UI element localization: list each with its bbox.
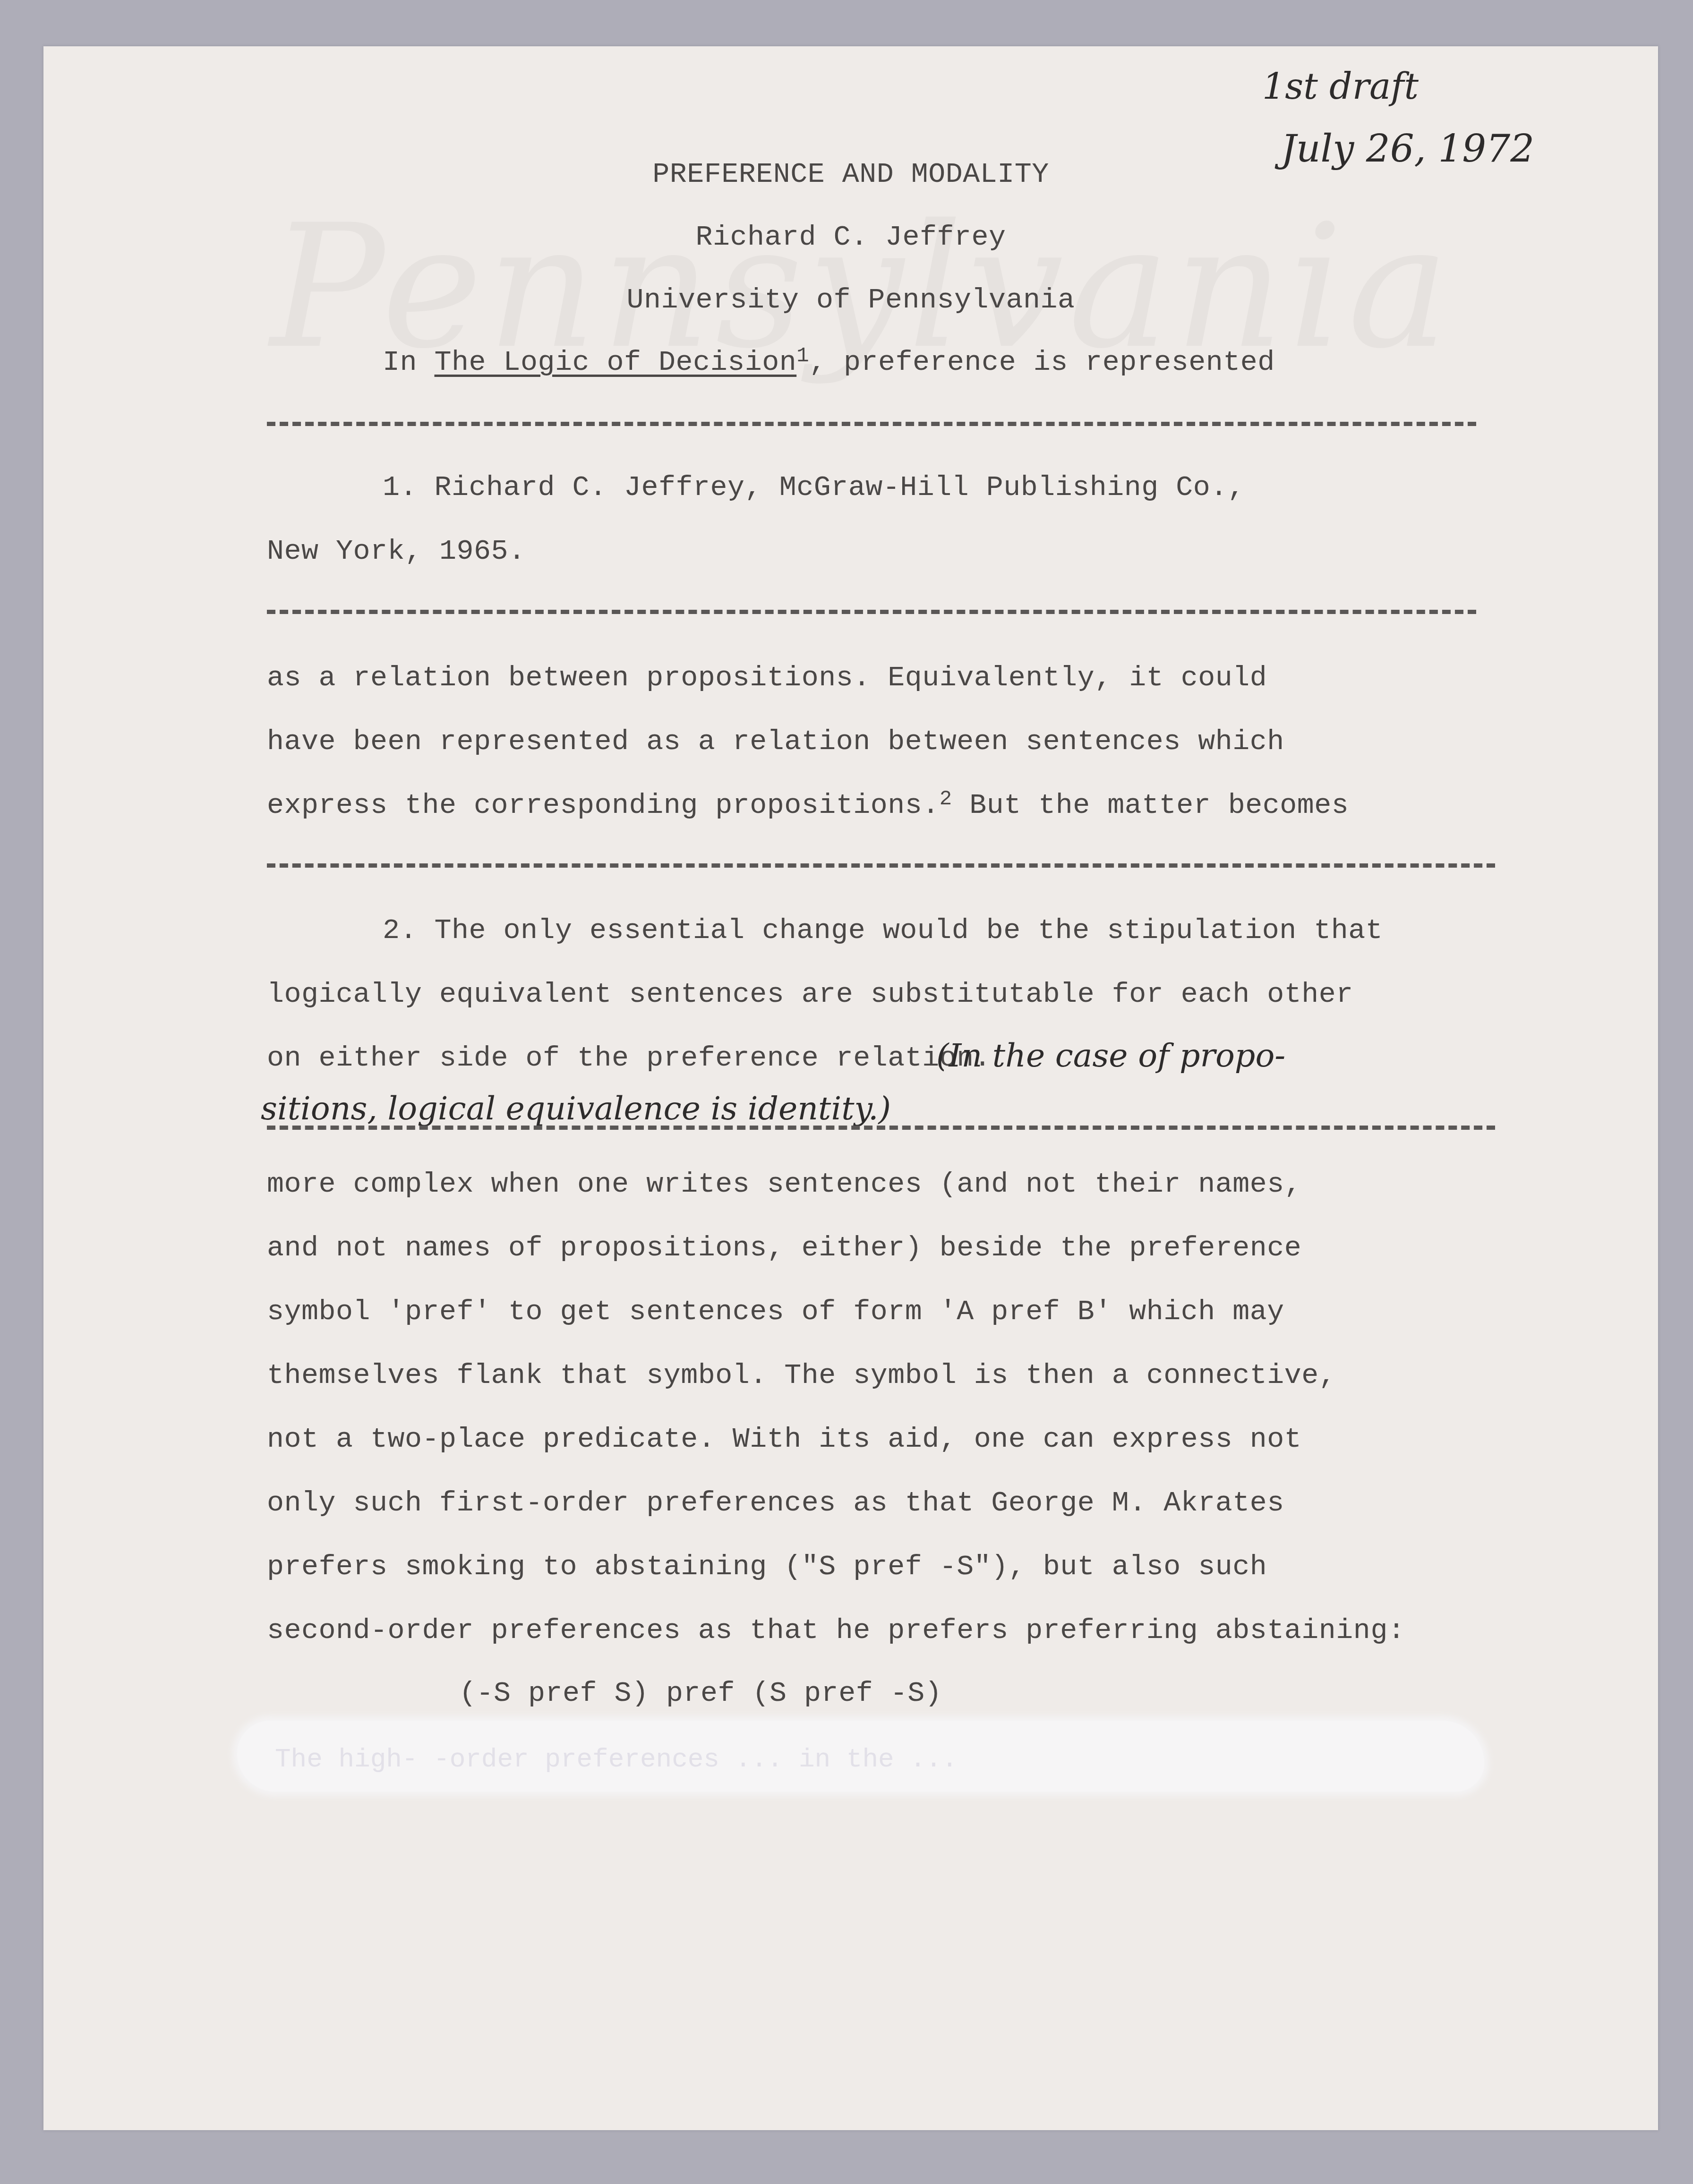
document-title: PREFERENCE AND MODALITY (43, 161, 1658, 189)
footnote-marker-2: 2 (940, 787, 952, 811)
body-line: only such first-order preferences as tha… (267, 1489, 1284, 1518)
author-affiliation: University of Pennsylvania (43, 286, 1658, 315)
footnote-separator (267, 863, 1495, 868)
body-line: prefers smoking to abstaining ("S pref -… (267, 1553, 1267, 1581)
formula: (-S pref S) pref (S pref -S) (459, 1680, 942, 1708)
body-line: not a two-place predicate. With its aid,… (267, 1425, 1301, 1454)
footnote-2-line-1: 2. The only essential change would be th… (383, 917, 1383, 945)
body-line: symbol 'pref' to get sentences of form '… (267, 1298, 1284, 1326)
footnote-separator (267, 1126, 1495, 1130)
obscured-text: The high- -order preferences ... in the … (275, 1744, 958, 1774)
handwritten-draft-label: 1st draft (1262, 65, 1419, 107)
body-line: more complex when one writes sentences (… (267, 1170, 1301, 1199)
body-line: themselves flank that symbol. The symbol… (267, 1362, 1336, 1390)
footnote-1-line-2: New York, 1965. (267, 537, 526, 566)
book-title: The Logic of Decision (435, 347, 797, 379)
footnote-marker-1: 1 (796, 344, 809, 368)
body-line: second-order preferences as that he pref… (267, 1617, 1405, 1645)
footnote-2-line-3: on either side of the preference relatio… (267, 1044, 991, 1073)
body-line: have been represented as a relation betw… (267, 728, 1284, 756)
body-line: express the corresponding propositions.2… (267, 792, 1349, 820)
handwritten-insertion-b: sitions, logical equivalence is identity… (261, 1090, 891, 1127)
body-line: as a relation between propositions. Equi… (267, 664, 1267, 692)
body-line: and not names of propositions, either) b… (267, 1234, 1301, 1263)
author-name: Richard C. Jeffrey (43, 223, 1658, 252)
footnote-separator (267, 610, 1476, 614)
document-page: Pennsylvania 1st draft July 26, 1972 PRE… (43, 46, 1658, 2130)
footnote-separator (267, 422, 1476, 426)
handwritten-insertion-a: (In the case of propo- (936, 1037, 1285, 1075)
footnote-1-line-1: 1. Richard C. Jeffrey, McGraw-Hill Publi… (383, 474, 1245, 502)
intro-line: In The Logic of Decision1, preference is… (383, 349, 1275, 377)
footnote-2-line-2: logically equivalent sentences are subst… (267, 981, 1353, 1009)
correction-fluid-patch: The high- -order preferences ... in the … (237, 1721, 1484, 1792)
